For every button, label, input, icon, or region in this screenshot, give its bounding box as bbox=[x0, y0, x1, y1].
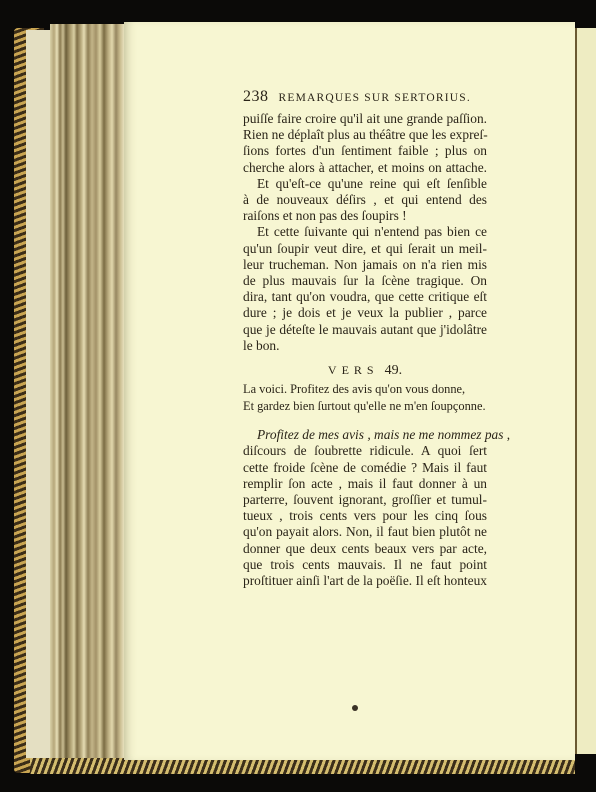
text-line: puiſſe faire croire qu'il ait une grande… bbox=[243, 111, 487, 127]
printer-ornament-dot bbox=[352, 705, 358, 711]
text-line: que je déteſte le mauvais autant que j'i… bbox=[243, 322, 487, 338]
text-line: cherche alors à attacher, et moins on at… bbox=[243, 160, 487, 176]
book-cover-bottom-edge bbox=[30, 758, 575, 774]
text-line: Rien ne déplaît plus au théâtre que les … bbox=[243, 127, 487, 143]
verse-quote: La voici. Profitez des avis qu'on vous d… bbox=[243, 381, 487, 415]
text-line: le bon. bbox=[243, 338, 487, 354]
page-header: 238 REMARQUES SUR SERTORIUS. bbox=[243, 89, 487, 107]
text-line: donner que deux cents beaux vers par act… bbox=[243, 541, 487, 557]
text-line: Profitez de mes avis , mais ne me nommez… bbox=[243, 427, 487, 443]
verse-label: VERS bbox=[328, 363, 379, 377]
text-line: dira, tant qu'on voudra, que cette criti… bbox=[243, 289, 487, 305]
text-line: dure ; je dois et je veux la publier , p… bbox=[243, 305, 487, 321]
paragraph-2: Et qu'eſt-ce qu'une reine qui eſt ſenſib… bbox=[243, 176, 487, 225]
text-line: que trois cents mauvais. Il ne faut poin… bbox=[243, 557, 487, 573]
text-line: tueux , trois cents vers pour les cinq ſ… bbox=[243, 508, 487, 524]
verse-heading: VERS49. bbox=[243, 362, 487, 379]
page-number: 238 bbox=[243, 89, 269, 105]
page-edges-stack bbox=[50, 24, 126, 759]
text-line: qu'on payait alors. Non, il faut bien pl… bbox=[243, 524, 487, 540]
text-line: diſcours de ſoubrette ridicule. A quoi ſ… bbox=[243, 443, 487, 459]
text-line: à de nouveaux déſirs , et qui entend des bbox=[243, 192, 487, 208]
text-line: parterre, ſouvent ignorant, groſſier et … bbox=[243, 492, 487, 508]
text-line: leur trucheman. Non jamais on n'a rien m… bbox=[243, 257, 487, 273]
italic-citation: Profitez de mes avis , mais ne me nommez… bbox=[257, 427, 503, 442]
text-line: proſtituer ainſi l'art de la poëſie. Il … bbox=[243, 573, 487, 589]
text-line: qu'un ſoupir veut dire, et qui ſerait un… bbox=[243, 241, 487, 257]
text-line: cette froide ſcène de comédie ? Mais il … bbox=[243, 460, 487, 476]
verse-number: 49. bbox=[385, 363, 403, 378]
page-text-block: 238 REMARQUES SUR SERTORIUS. puiſſe fair… bbox=[243, 89, 487, 589]
text-line: raiſons et non pas des ſoupirs ! bbox=[243, 208, 487, 224]
paragraph-1: puiſſe faire croire qu'il ait une grande… bbox=[243, 111, 487, 176]
paragraph-3: Et cette ſuivante qui n'entend pas bien … bbox=[243, 224, 487, 354]
text-line: Et cette ſuivante qui n'entend pas bien … bbox=[243, 224, 487, 240]
text-line: remplir ſon acte , mais il faut donner à… bbox=[243, 476, 487, 492]
paragraph-4: Profitez de mes avis , mais ne me nommez… bbox=[243, 427, 487, 589]
quote-line: Et gardez bien ſurtout qu'elle ne m'en ſ… bbox=[243, 398, 487, 415]
running-title: REMARQUES SUR SERTORIUS. bbox=[279, 90, 471, 106]
text-line: ſions fortes d'un ſentiment faible ; plu… bbox=[243, 143, 487, 159]
citation-punctuation: , bbox=[503, 427, 510, 442]
quote-line: La voici. Profitez des avis qu'on vous d… bbox=[243, 381, 487, 398]
next-page-edge bbox=[575, 28, 596, 754]
text-line: de plus mauvais ſur la ſcène tragique. O… bbox=[243, 273, 487, 289]
text-line: Et qu'eſt-ce qu'une reine qui eſt ſenſib… bbox=[243, 176, 487, 192]
